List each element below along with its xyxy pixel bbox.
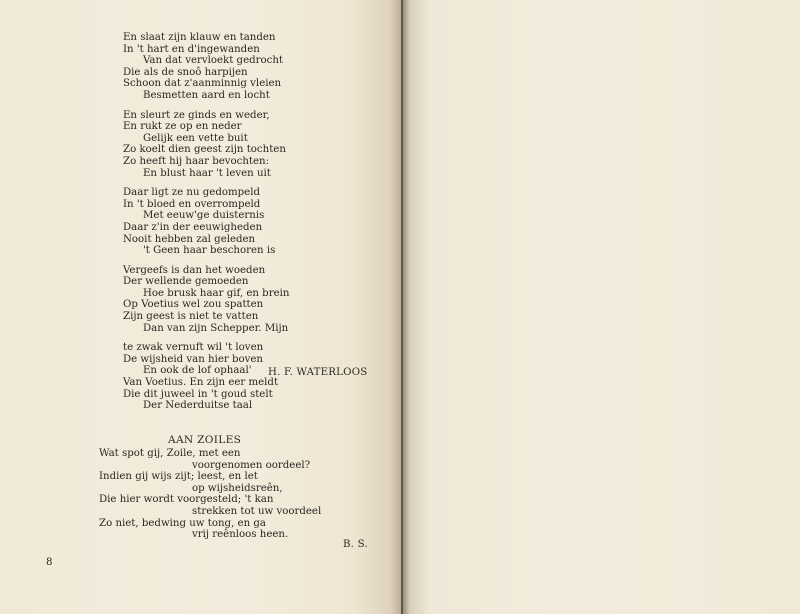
poem-line: De wijsheid van hier boven — [123, 354, 289, 366]
poem-line: te zwak vernuft wil 't loven — [123, 342, 289, 354]
poem-line: voorgenomen oordeel? — [99, 460, 321, 472]
stanza-gap — [123, 179, 289, 187]
page-number-left: 8 — [46, 557, 52, 568]
stanza-gap — [123, 102, 289, 110]
poem-line: In 't hart en d'ingewanden — [123, 44, 289, 56]
left-page: En slaat zijn klauw en tandenIn 't hart … — [0, 0, 402, 614]
poem-line: Der Nederduitse taal — [123, 400, 289, 412]
poem-waterloos: En slaat zijn klauw en tandenIn 't hart … — [123, 32, 289, 412]
poem-line: Gelijk een vette buit — [123, 133, 289, 145]
poem-aan-zoiles: Wat spot gij, Zoile, met eenvoorgenomen … — [99, 448, 321, 541]
poem-line: strekken tot uw voordeel — [99, 506, 321, 518]
poem-signature-bs: B. S. — [343, 539, 368, 550]
poem-line: Van dat vervloekt gedrocht — [123, 55, 289, 67]
poem-line: Die als de snoô harpijen — [123, 67, 289, 79]
poem-signature: H. F. WATERLOOS — [268, 367, 367, 378]
book-spread: En slaat zijn klauw en tandenIn 't hart … — [0, 0, 800, 614]
poem-line: En sleurt ze ginds en weder, — [123, 110, 289, 122]
poem-line: Hoe brusk haar gif, en brein — [123, 288, 289, 300]
stanza-gap — [123, 257, 289, 265]
poem-line: Indien gij wijs zijt; leest, en let — [99, 471, 321, 483]
poem-line: En blust haar 't leven uit — [123, 168, 289, 180]
poem-line: Zijn geest is niet te vatten — [123, 311, 289, 323]
poem-line: Van Voetius. En zijn eer meldt — [123, 377, 289, 389]
poem-line: En slaat zijn klauw en tanden — [123, 32, 289, 44]
poem-line: Daar z'in der eeuwigheden — [123, 222, 289, 234]
poem-line: En ook de lof ophaal' — [123, 365, 289, 377]
book-spine — [401, 0, 403, 614]
poem-line: Zo koelt dien geest zijn tochten — [123, 144, 289, 156]
poem-line: op wijsheidsreên, — [99, 483, 321, 495]
poem-line: Die dit juweel in 't goud stelt — [123, 389, 289, 401]
poem-title-aan-zoiles: AAN ZOILES — [168, 434, 241, 446]
poem-line: vrij reênloos heen. — [99, 529, 321, 541]
poem-line: Zo heeft hij haar bevochten: — [123, 156, 289, 168]
right-page: TWISTREDE VAN HET TONEEL Zullende handel… — [402, 0, 800, 614]
poem-line: Zo niet, bedwing uw tong, en ga — [99, 518, 321, 530]
poem-line: Wat spot gij, Zoile, met een — [99, 448, 321, 460]
poem-line: Besmetten aard en locht — [123, 90, 289, 102]
poem-line: Met eeuw'ge duisternis — [123, 210, 289, 222]
poem-line: Die hier wordt voorgesteld; 't kan — [99, 494, 321, 506]
poem-line: Der wellende gemoeden — [123, 276, 289, 288]
poem-line: En rukt ze op en neder — [123, 121, 289, 133]
poem-line: 't Geen haar beschoren is — [123, 245, 289, 257]
poem-line: Daar ligt ze nu gedompeld — [123, 187, 289, 199]
poem-line: Nooit hebben zal geleden — [123, 234, 289, 246]
stanza-gap — [123, 334, 289, 342]
poem-line: In 't bloed en overrompeld — [123, 199, 289, 211]
poem-line: Dan van zijn Schepper. Mijn — [123, 323, 289, 335]
poem-line: Op Voetius wel zou spatten — [123, 299, 289, 311]
poem-line: Schoon dat z'aanminnig vleien — [123, 78, 289, 90]
poem-line: Vergeefs is dan het woeden — [123, 265, 289, 277]
